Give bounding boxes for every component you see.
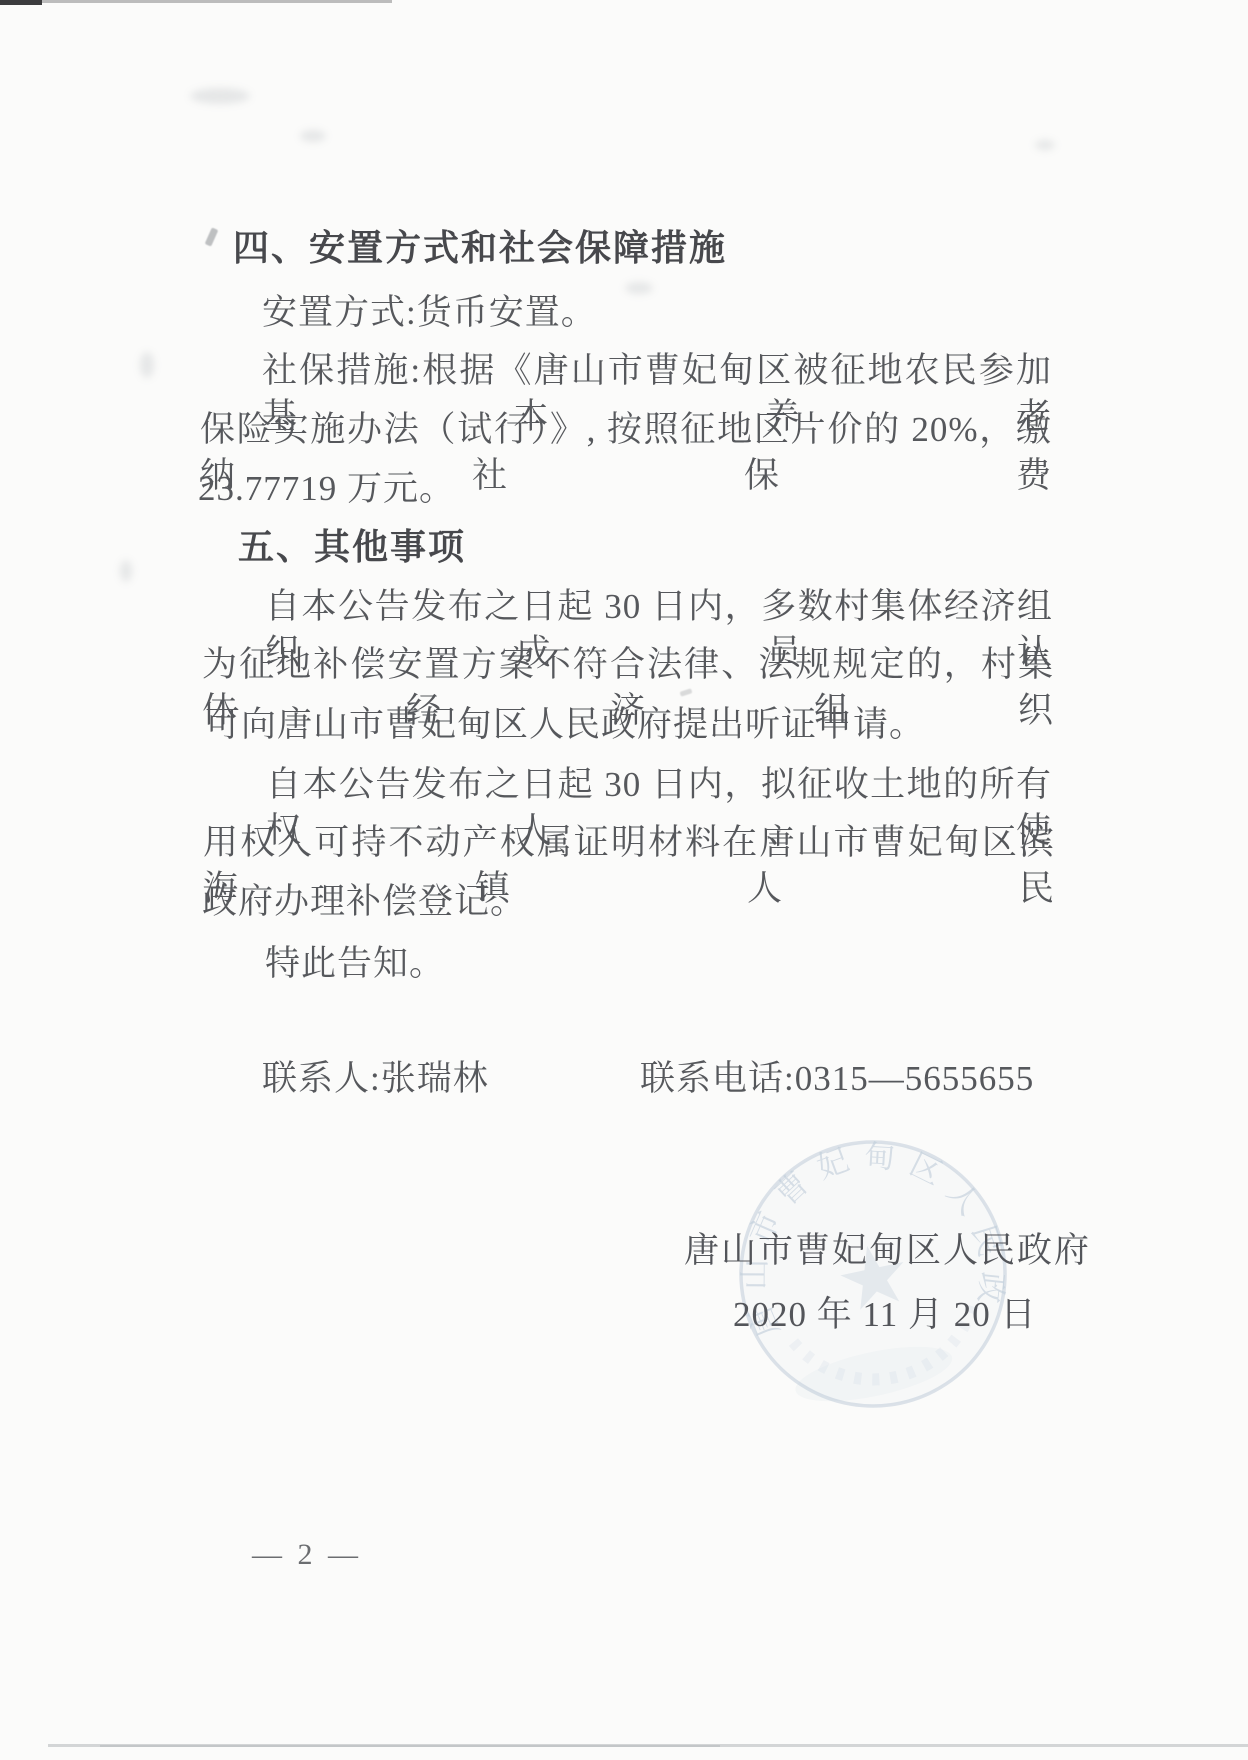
section5-para2-line3: 政府办理补偿登记。 (202, 879, 526, 925)
section5-heading: 五、其他事项 (238, 524, 466, 570)
scan-smudge (300, 130, 326, 142)
scan-smudge (1035, 140, 1055, 150)
contact-phone: 联系电话:0315—5655655 (640, 1056, 1034, 1102)
official-seal: 唐山市曹妃甸区人民政府 ★ (733, 1134, 1013, 1414)
scan-artifact-bottom-line-dark (100, 1745, 720, 1747)
scan-mark (205, 227, 219, 246)
scan-artifact-top-dark (0, 0, 42, 5)
scan-artifact-bottom-line (48, 1744, 1248, 1747)
scanned-document-page: 唐山市曹妃甸区人民政府 ★ 四、安置方式和社会保障措施 安置方式:货币安置。 社… (0, 0, 1248, 1760)
section4-heading: 四、安置方式和社会保障措施 (233, 225, 727, 271)
scan-smudge (625, 282, 653, 294)
signature-organization: 唐山市曹妃甸区人民政府 (684, 1228, 1091, 1274)
scan-smudge (120, 560, 132, 582)
scan-smudge (140, 352, 154, 378)
scan-artifact-top-gray (42, 0, 392, 3)
section4-para1: 安置方式:货币安置。 (262, 290, 597, 336)
scan-smudge (190, 88, 250, 104)
page-number: — 2 — (252, 1538, 362, 1572)
section4-para2-line3: 23.77719 万元。 (198, 466, 455, 512)
signature-date: 2020 年 11 月 20 日 (733, 1292, 1036, 1338)
closing-statement: 特此告知。 (265, 941, 445, 987)
section5-para1-line3: 可向唐山市曹妃甸区人民政府提出听证申请。 (205, 702, 925, 748)
contact-person: 联系人:张瑞林 (262, 1056, 489, 1102)
